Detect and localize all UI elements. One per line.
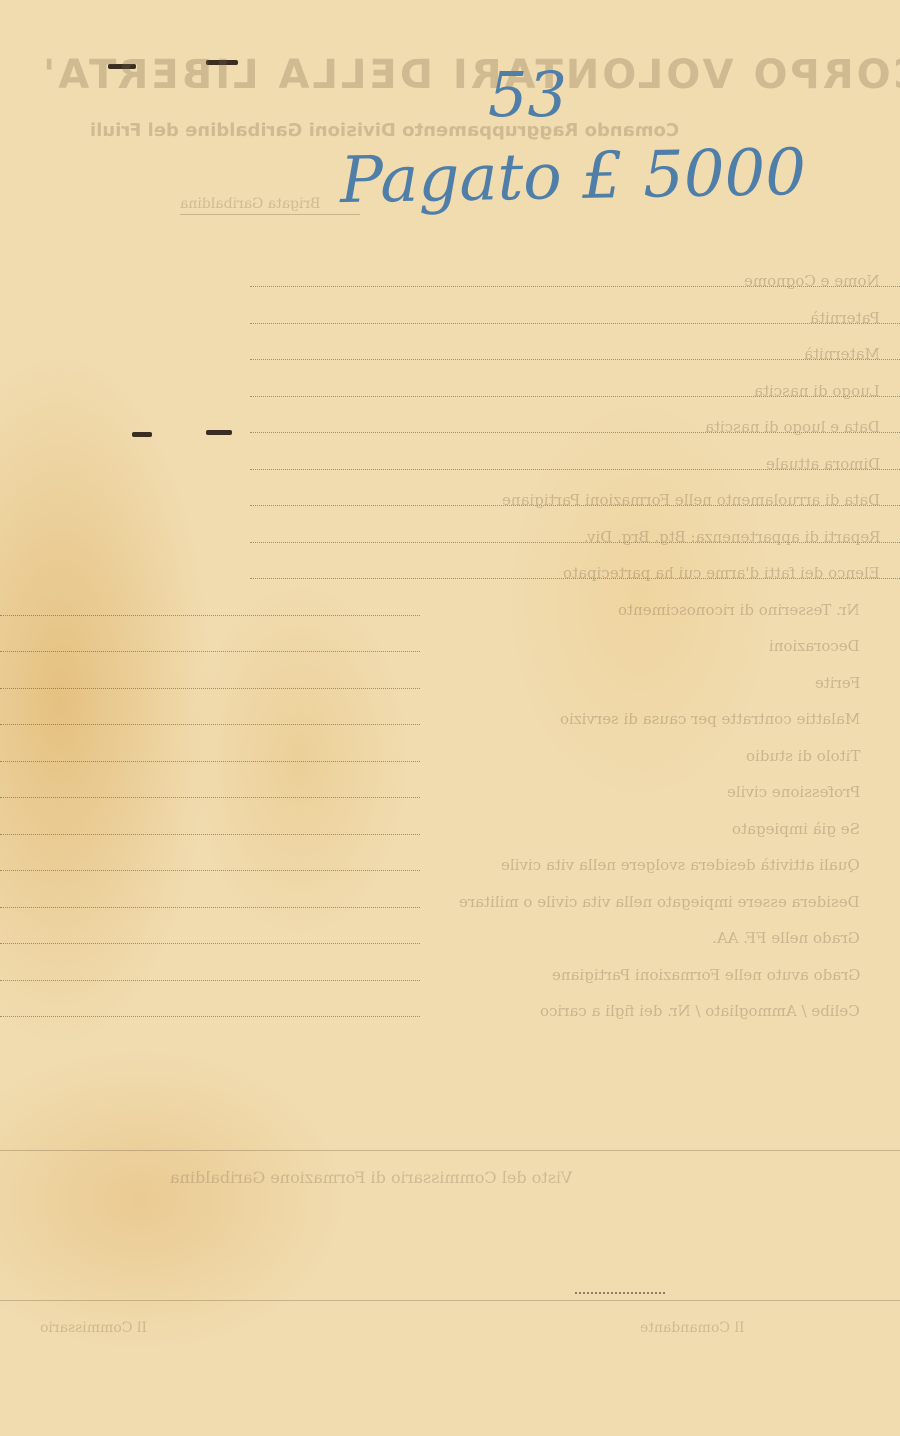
form-dotted-line: [250, 359, 900, 360]
bleed-through-field-label: Malattie contratte per causa di servizio: [560, 710, 860, 728]
bleed-through-field-label: Nr. Tesserino di riconoscimento: [618, 601, 860, 619]
bleed-through-field-label: Reparti di appartenenza: Btg. Brg. Div.: [584, 528, 880, 546]
form-dotted-line: [0, 651, 420, 652]
bleed-through-field-label: Elenco dei fatti d'arme cui ha partecipa…: [563, 564, 880, 582]
handwritten-number: 53: [488, 58, 567, 131]
header-rule: [180, 214, 360, 215]
bleed-through-field-label: Dimora attuale: [766, 455, 880, 473]
bleed-through-field-label: Celibe / Ammogliato / Nr. dei figli a ca…: [540, 1002, 860, 1020]
bleed-through-field-label: Grado nelle FF. AA.: [712, 929, 860, 947]
bleed-through-field-label: Luogo di nascita: [754, 382, 880, 400]
signature-rule: [0, 1300, 900, 1301]
footer-rule: [0, 1150, 900, 1151]
bleed-through-subtitle: Comando Raggruppamento Divisioni Garibal…: [90, 120, 679, 141]
bleed-through-field-label: Professione civile: [727, 783, 860, 801]
form-dotted-line: [0, 615, 420, 616]
handwritten-signature: [575, 1262, 665, 1294]
bleed-through-field-label: Maternità: [804, 345, 880, 363]
bleed-through-field-label: Desidera essere impiegato nella vita civ…: [459, 893, 860, 911]
bleed-through-field-label: Decorazioni: [769, 637, 860, 655]
bleed-through-footer: Visto del Commissario di Formazione Gari…: [170, 1168, 572, 1187]
bleed-through-field-label: Quali attività desidera svolgere nella v…: [501, 856, 860, 874]
form-dotted-line: [0, 1016, 420, 1017]
bleed-through-field-label: Titolo di studio: [746, 747, 860, 765]
bleed-through-field-label: Paternità: [810, 309, 880, 327]
bleed-through-signature-right: Il Comandante: [640, 1320, 744, 1336]
form-dotted-line: [0, 761, 420, 762]
handwritten-payment-note: Pagato £ 5000: [339, 136, 806, 218]
form-dotted-line: [0, 870, 420, 871]
bleed-through-field-label: Nome e Cognome: [744, 272, 880, 290]
bleed-through-signature-left: Il Commissario: [40, 1320, 147, 1336]
bleed-through-unit: Brigata Garibaldina: [180, 196, 320, 212]
form-dotted-line: [0, 724, 420, 725]
form-dotted-line: [0, 797, 420, 798]
form-dotted-line: [0, 907, 420, 908]
bleed-through-field-label: Data di arruolamento nelle Formazioni Pa…: [502, 491, 880, 509]
staple-mark: [206, 430, 232, 435]
form-dotted-line: [0, 688, 420, 689]
bleed-through-field-label: Data e luogo di nascita: [705, 418, 880, 436]
form-dotted-line: [0, 834, 420, 835]
bleed-through-field-label: Ferite: [815, 674, 860, 692]
form-dotted-line: [250, 323, 900, 324]
bleed-through-field-label: Grado avuto nelle Formazioni Partigiane: [552, 966, 860, 984]
form-dotted-line: [0, 943, 420, 944]
staple-mark: [132, 432, 152, 437]
form-dotted-line: [0, 980, 420, 981]
bleed-through-title: CORPO VOLONTARI DELLA LIBERTA': [40, 52, 900, 98]
bleed-through-field-label: Se già impiegato: [732, 820, 860, 838]
